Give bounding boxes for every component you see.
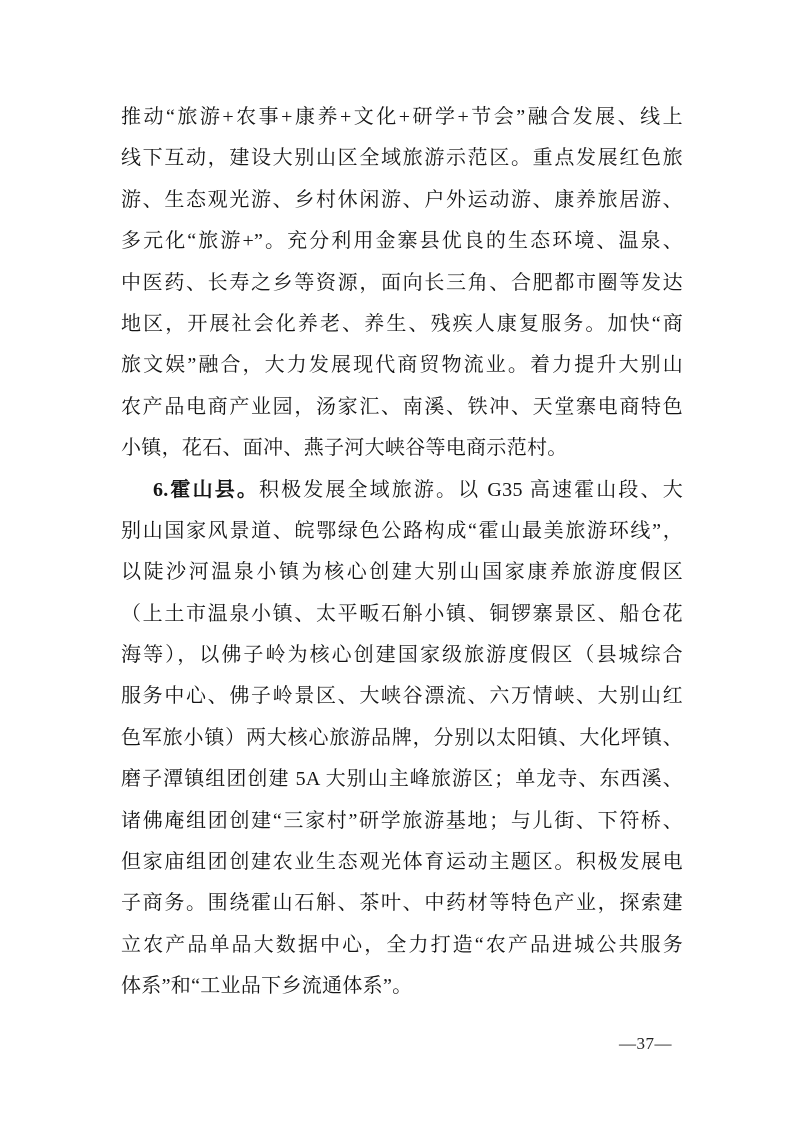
text-block: 推动“旅游+农事+康养+文化+研学+节会”融合发展、线上线下互动，建设大别山区全… (121, 97, 683, 1008)
text-line: 推动“旅游+农事+康养+文化+研学+节会”融合发展、线上 (121, 97, 683, 138)
text-line: 中医药、长寿之乡等资源，面向长三角、合肥都市圈等发达 (121, 263, 683, 304)
text-line: 以陡沙河温泉小镇为核心创建大别山国家康养旅游度假区 (121, 552, 683, 593)
text-line: （上土市温泉小镇、太平畈石斛小镇、铜锣寨景区、船仓花 (121, 594, 683, 635)
text-line: 地区，开展社会化养老、养生、残疾人康复服务。加快“商 (121, 304, 683, 345)
text-line: 游、生态观光游、乡村休闲游、户外运动游、康养旅居游、 (121, 180, 683, 221)
text-line: 旅文娱”融合，大力发展现代商贸物流业。着力提升大别山 (121, 345, 683, 386)
paragraph-heading: 6.霍山县。 (153, 479, 259, 501)
text-line: 服务中心、佛子岭景区、大峡谷漂流、六万情峡、大别山红 (121, 676, 683, 717)
text-line: 线下互动，建设大别山区全域旅游示范区。重点发展红色旅 (121, 138, 683, 179)
text-line: 多元化“旅游+”。充分利用金寨县优良的生态环境、温泉、 (121, 221, 683, 262)
text-line: 磨子潭镇组团创建 5A 大别山主峰旅游区；单龙寺、东西溪、 (121, 759, 683, 800)
text-line: 但家庙组团创建农业生态观光体育运动主题区。积极发展电 (121, 842, 683, 883)
text-line: 子商务。围绕霍山石斛、茶叶、中药材等特色产业，探索建 (121, 883, 683, 924)
text-line: 色军旅小镇）两大核心旅游品牌，分别以太阳镇、大化坪镇、 (121, 718, 683, 759)
text-line: 6.霍山县。积极发展全域旅游。以 G35 高速霍山段、大 (121, 470, 683, 511)
text-line: 体系”和“工业品下乡流通体系”。 (121, 966, 683, 1007)
text-line: 农产品电商产业园，汤家汇、南溪、铁冲、天堂寨电商特色 (121, 387, 683, 428)
text-line: 小镇，花石、面冲、燕子河大峡谷等电商示范村。 (121, 428, 683, 469)
text-line: 别山国家风景道、皖鄂绿色公路构成“霍山最美旅游环线”， (121, 511, 683, 552)
text-line: 海等），以佛子岭为核心创建国家级旅游度假区（县城综合 (121, 635, 683, 676)
text-line: 诸佛庵组团创建“三家村”研学旅游基地；与儿街、下符桥、 (121, 801, 683, 842)
document-page: 推动“旅游+农事+康养+文化+研学+节会”融合发展、线上线下互动，建设大别山区全… (0, 0, 793, 1122)
page-number: —37— (619, 1033, 672, 1055)
text-line: 立农产品单品大数据中心，全力打造“农产品进城公共服务 (121, 925, 683, 966)
